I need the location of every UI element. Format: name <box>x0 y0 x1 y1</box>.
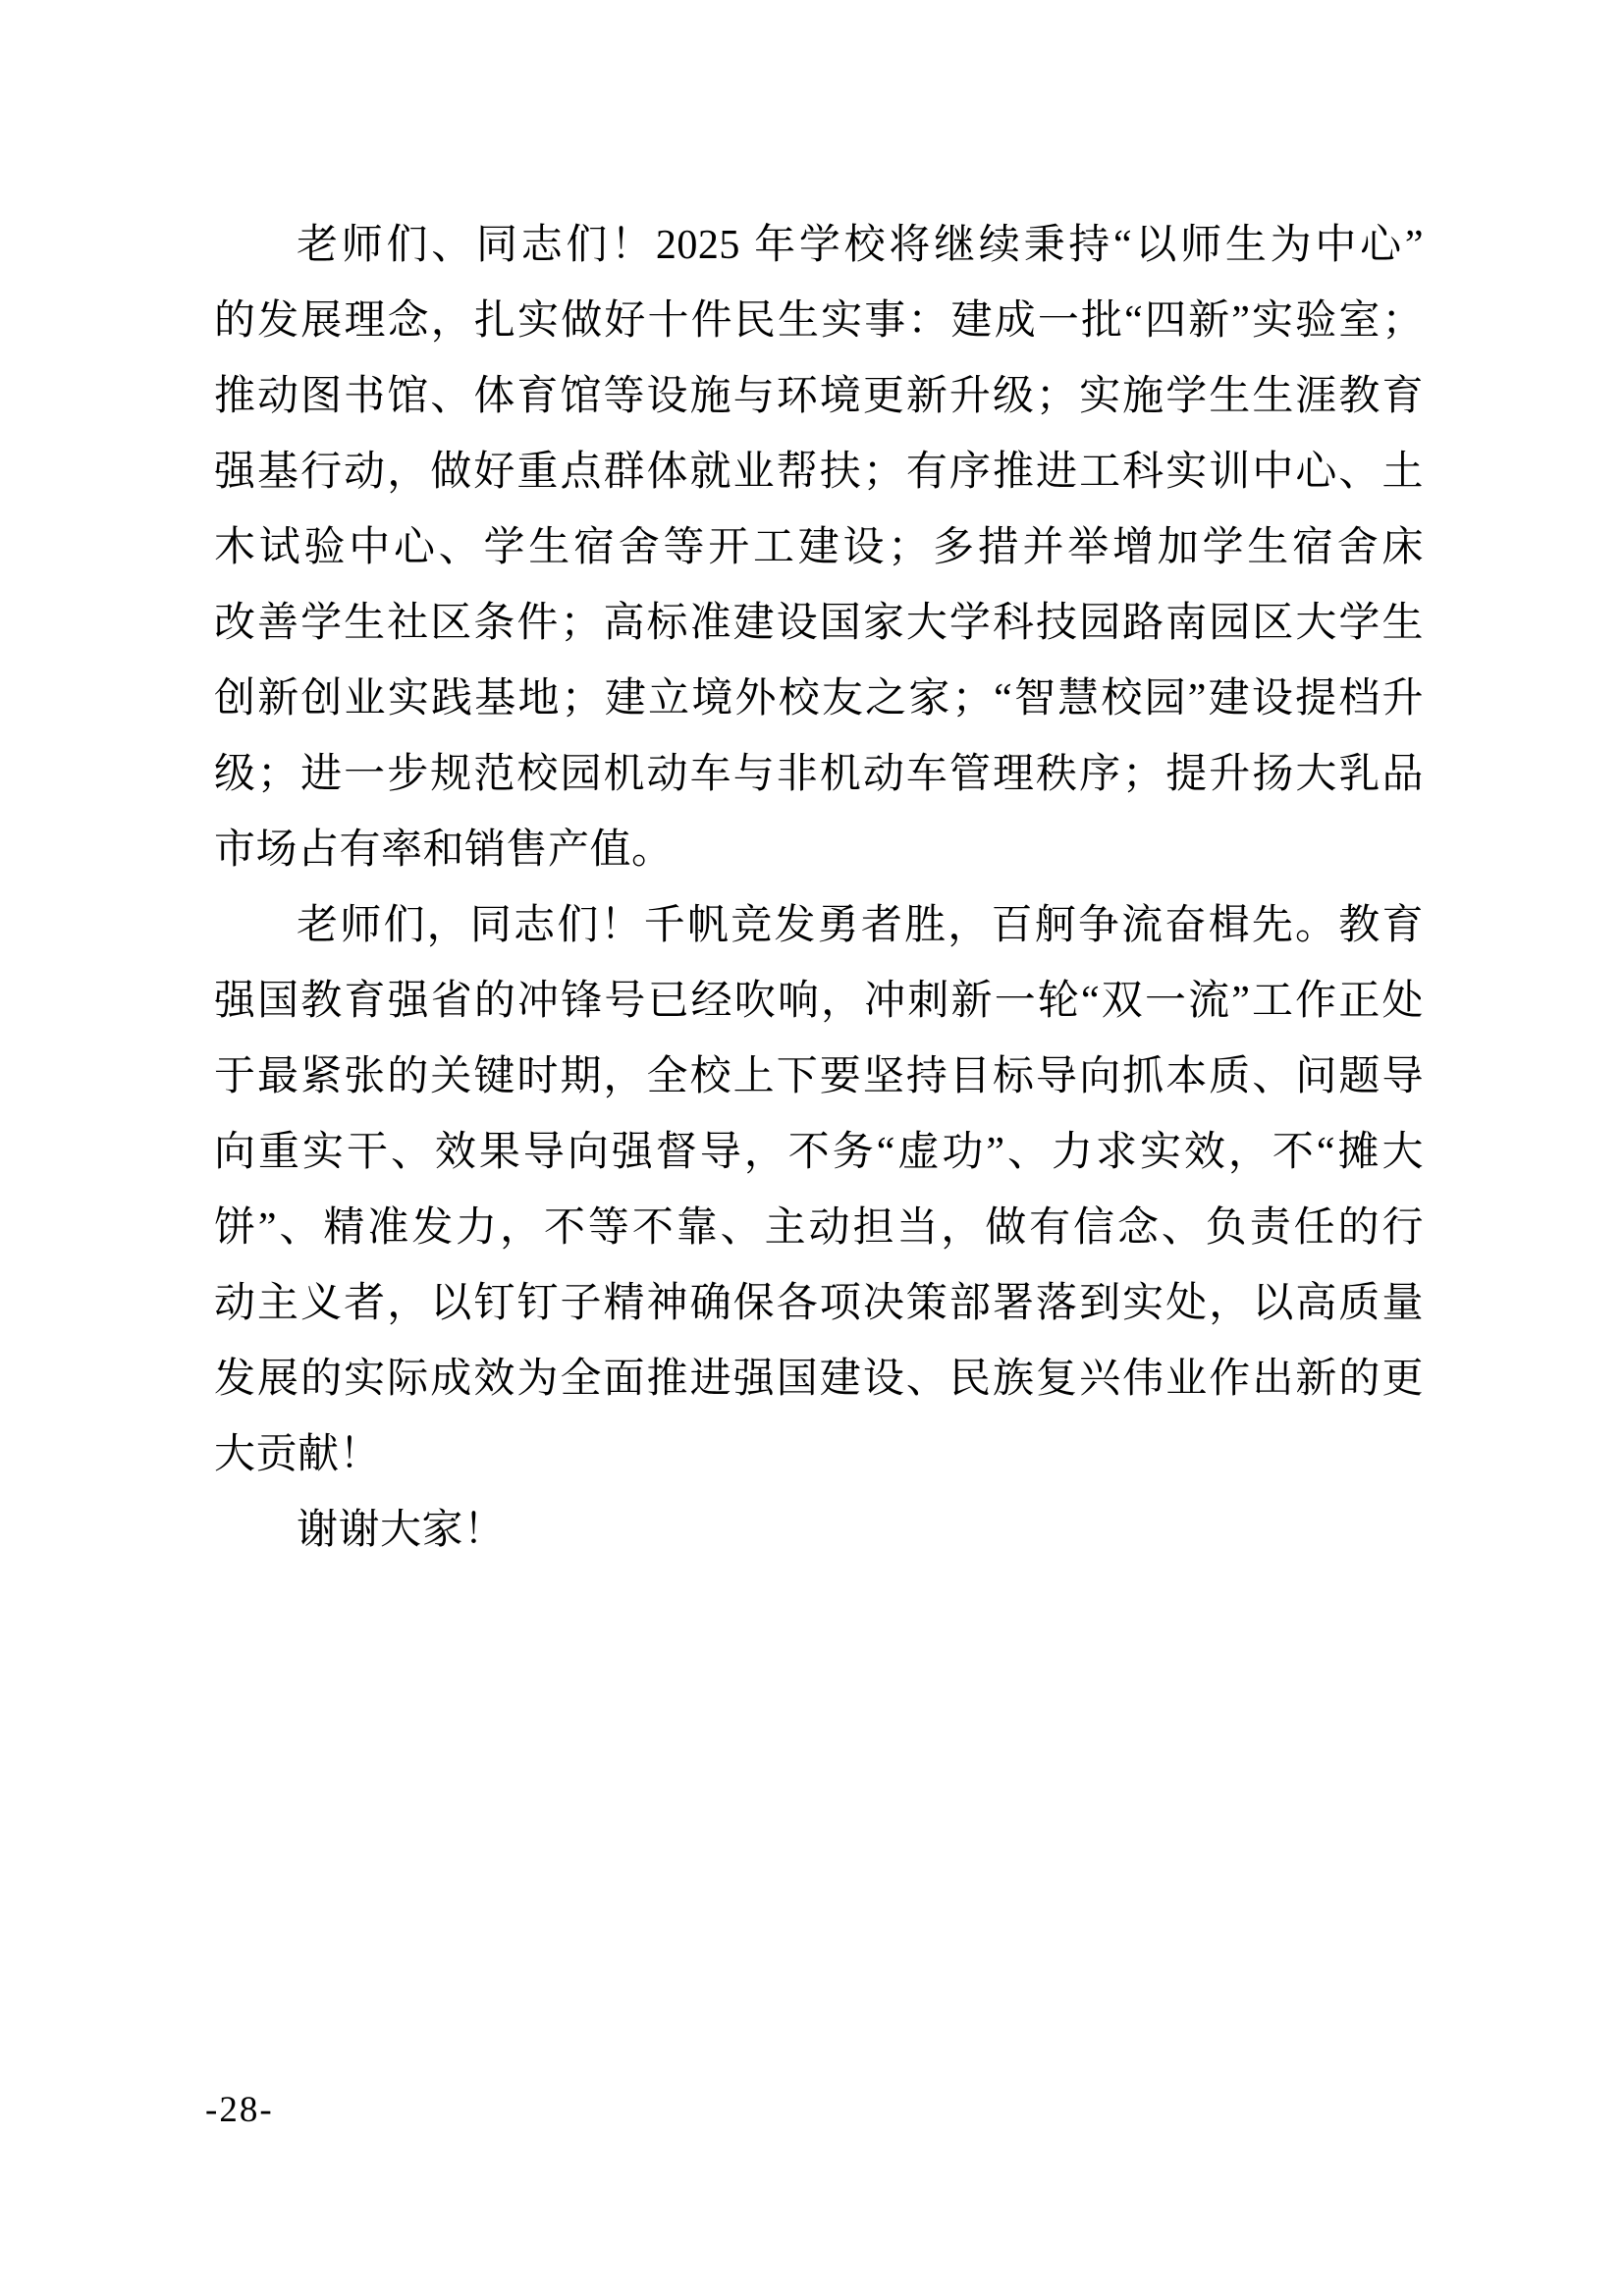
text-line: 饼”、精准发力，不等不靠、主动担当，做有信念、负责任的行 <box>214 1191 1424 1266</box>
text-line: 木试验中心、学生宿舍等开工建设；多措并举增加学生宿舍床位、 <box>214 510 1424 586</box>
paragraph: 老师们、同志们！2025 年学校将继续秉持“以师生为中心” 的发展理念，扎实做好… <box>214 208 1424 888</box>
text-line: 于最紧张的关键时期，全校上下要坚持目标导向抓本质、问题导 <box>214 1040 1424 1115</box>
text-line: 推动图书馆、体育馆等设施与环境更新升级；实施学生生涯教育 <box>214 359 1424 435</box>
text-line: 向重实干、效果导向强督导，不务“虚功”、力求实效，不“摊大 <box>214 1115 1424 1191</box>
text-line: 的发展理念，扎实做好十件民生实事：建成一批“四新”实验室； <box>214 284 1424 359</box>
document-body: 老师们、同志们！2025 年学校将继续秉持“以师生为中心” 的发展理念，扎实做好… <box>214 208 1424 1569</box>
text-line: 老师们，同志们！千帆竞发勇者胜，百舸争流奋楫先。教育 <box>214 888 1424 964</box>
paragraph: 谢谢大家！ <box>214 1493 1424 1569</box>
text-line: 级；进一步规范校园机动车与非机动车管理秩序；提升扬大乳品 <box>214 737 1424 813</box>
page-number: -28- <box>205 2089 274 2132</box>
text-line: 改善学生社区条件；高标准建设国家大学科技园路南园区大学生 <box>214 586 1424 662</box>
document-page: 老师们、同志们！2025 年学校将继续秉持“以师生为中心” 的发展理念，扎实做好… <box>0 0 1624 2296</box>
paragraph: 老师们，同志们！千帆竞发勇者胜，百舸争流奋楫先。教育 强国教育强省的冲锋号已经吹… <box>214 888 1424 1493</box>
text-line: 谢谢大家！ <box>214 1493 1424 1569</box>
text-line: 强国教育强省的冲锋号已经吹响，冲刺新一轮“双一流”工作正处 <box>214 964 1424 1040</box>
text-line: 老师们、同志们！2025 年学校将继续秉持“以师生为中心” <box>214 208 1424 284</box>
text-line: 强基行动，做好重点群体就业帮扶；有序推进工科实训中心、土 <box>214 435 1424 510</box>
text-line: 创新创业实践基地；建立境外校友之家；“智慧校园”建设提档升 <box>214 662 1424 737</box>
text-line: 大贡献！ <box>214 1417 1424 1493</box>
text-line: 动主义者，以钉钉子精神确保各项决策部署落到实处，以高质量 <box>214 1266 1424 1342</box>
text-line: 发展的实际成效为全面推进强国建设、民族复兴伟业作出新的更 <box>214 1342 1424 1417</box>
text-line: 市场占有率和销售产值。 <box>214 813 1424 888</box>
